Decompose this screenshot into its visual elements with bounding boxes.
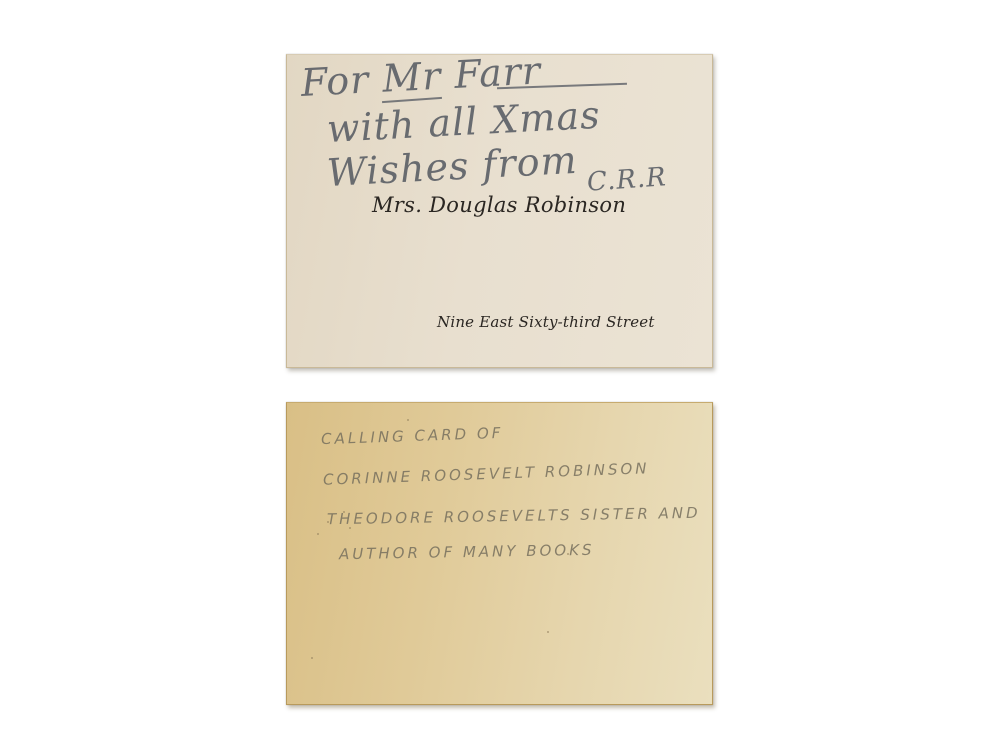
paper-speckle — [317, 533, 319, 535]
paper-speckle — [407, 419, 409, 421]
pencil-note-line-3: Theodore Roosevelts Sister and — [327, 504, 701, 529]
calling-card-front: For Mr Farr with all Xmas Wishes from C.… — [286, 54, 713, 368]
pencil-note-line-1: Calling card of — [321, 424, 504, 448]
photo-stage: For Mr Farr with all Xmas Wishes from C.… — [0, 0, 1000, 750]
engraved-name: Mrs. Douglas Robinson — [372, 193, 626, 217]
calling-card-back: Calling card of Corinne Roosevelt Robins… — [286, 402, 713, 705]
engraved-address: Nine East Sixty-third Street — [437, 313, 655, 331]
paper-speckle — [327, 521, 329, 523]
inscription-line-1: For Mr Farr — [300, 48, 542, 105]
paper-speckle — [567, 553, 569, 555]
paper-speckle — [349, 527, 351, 529]
paper-speckle — [311, 657, 313, 659]
pencil-note-line-4: Author of many Books — [339, 541, 595, 563]
paper-speckle — [343, 511, 345, 513]
paper-speckle — [547, 631, 549, 633]
pencil-note-line-2: Corinne Roosevelt Robinson — [323, 459, 650, 488]
